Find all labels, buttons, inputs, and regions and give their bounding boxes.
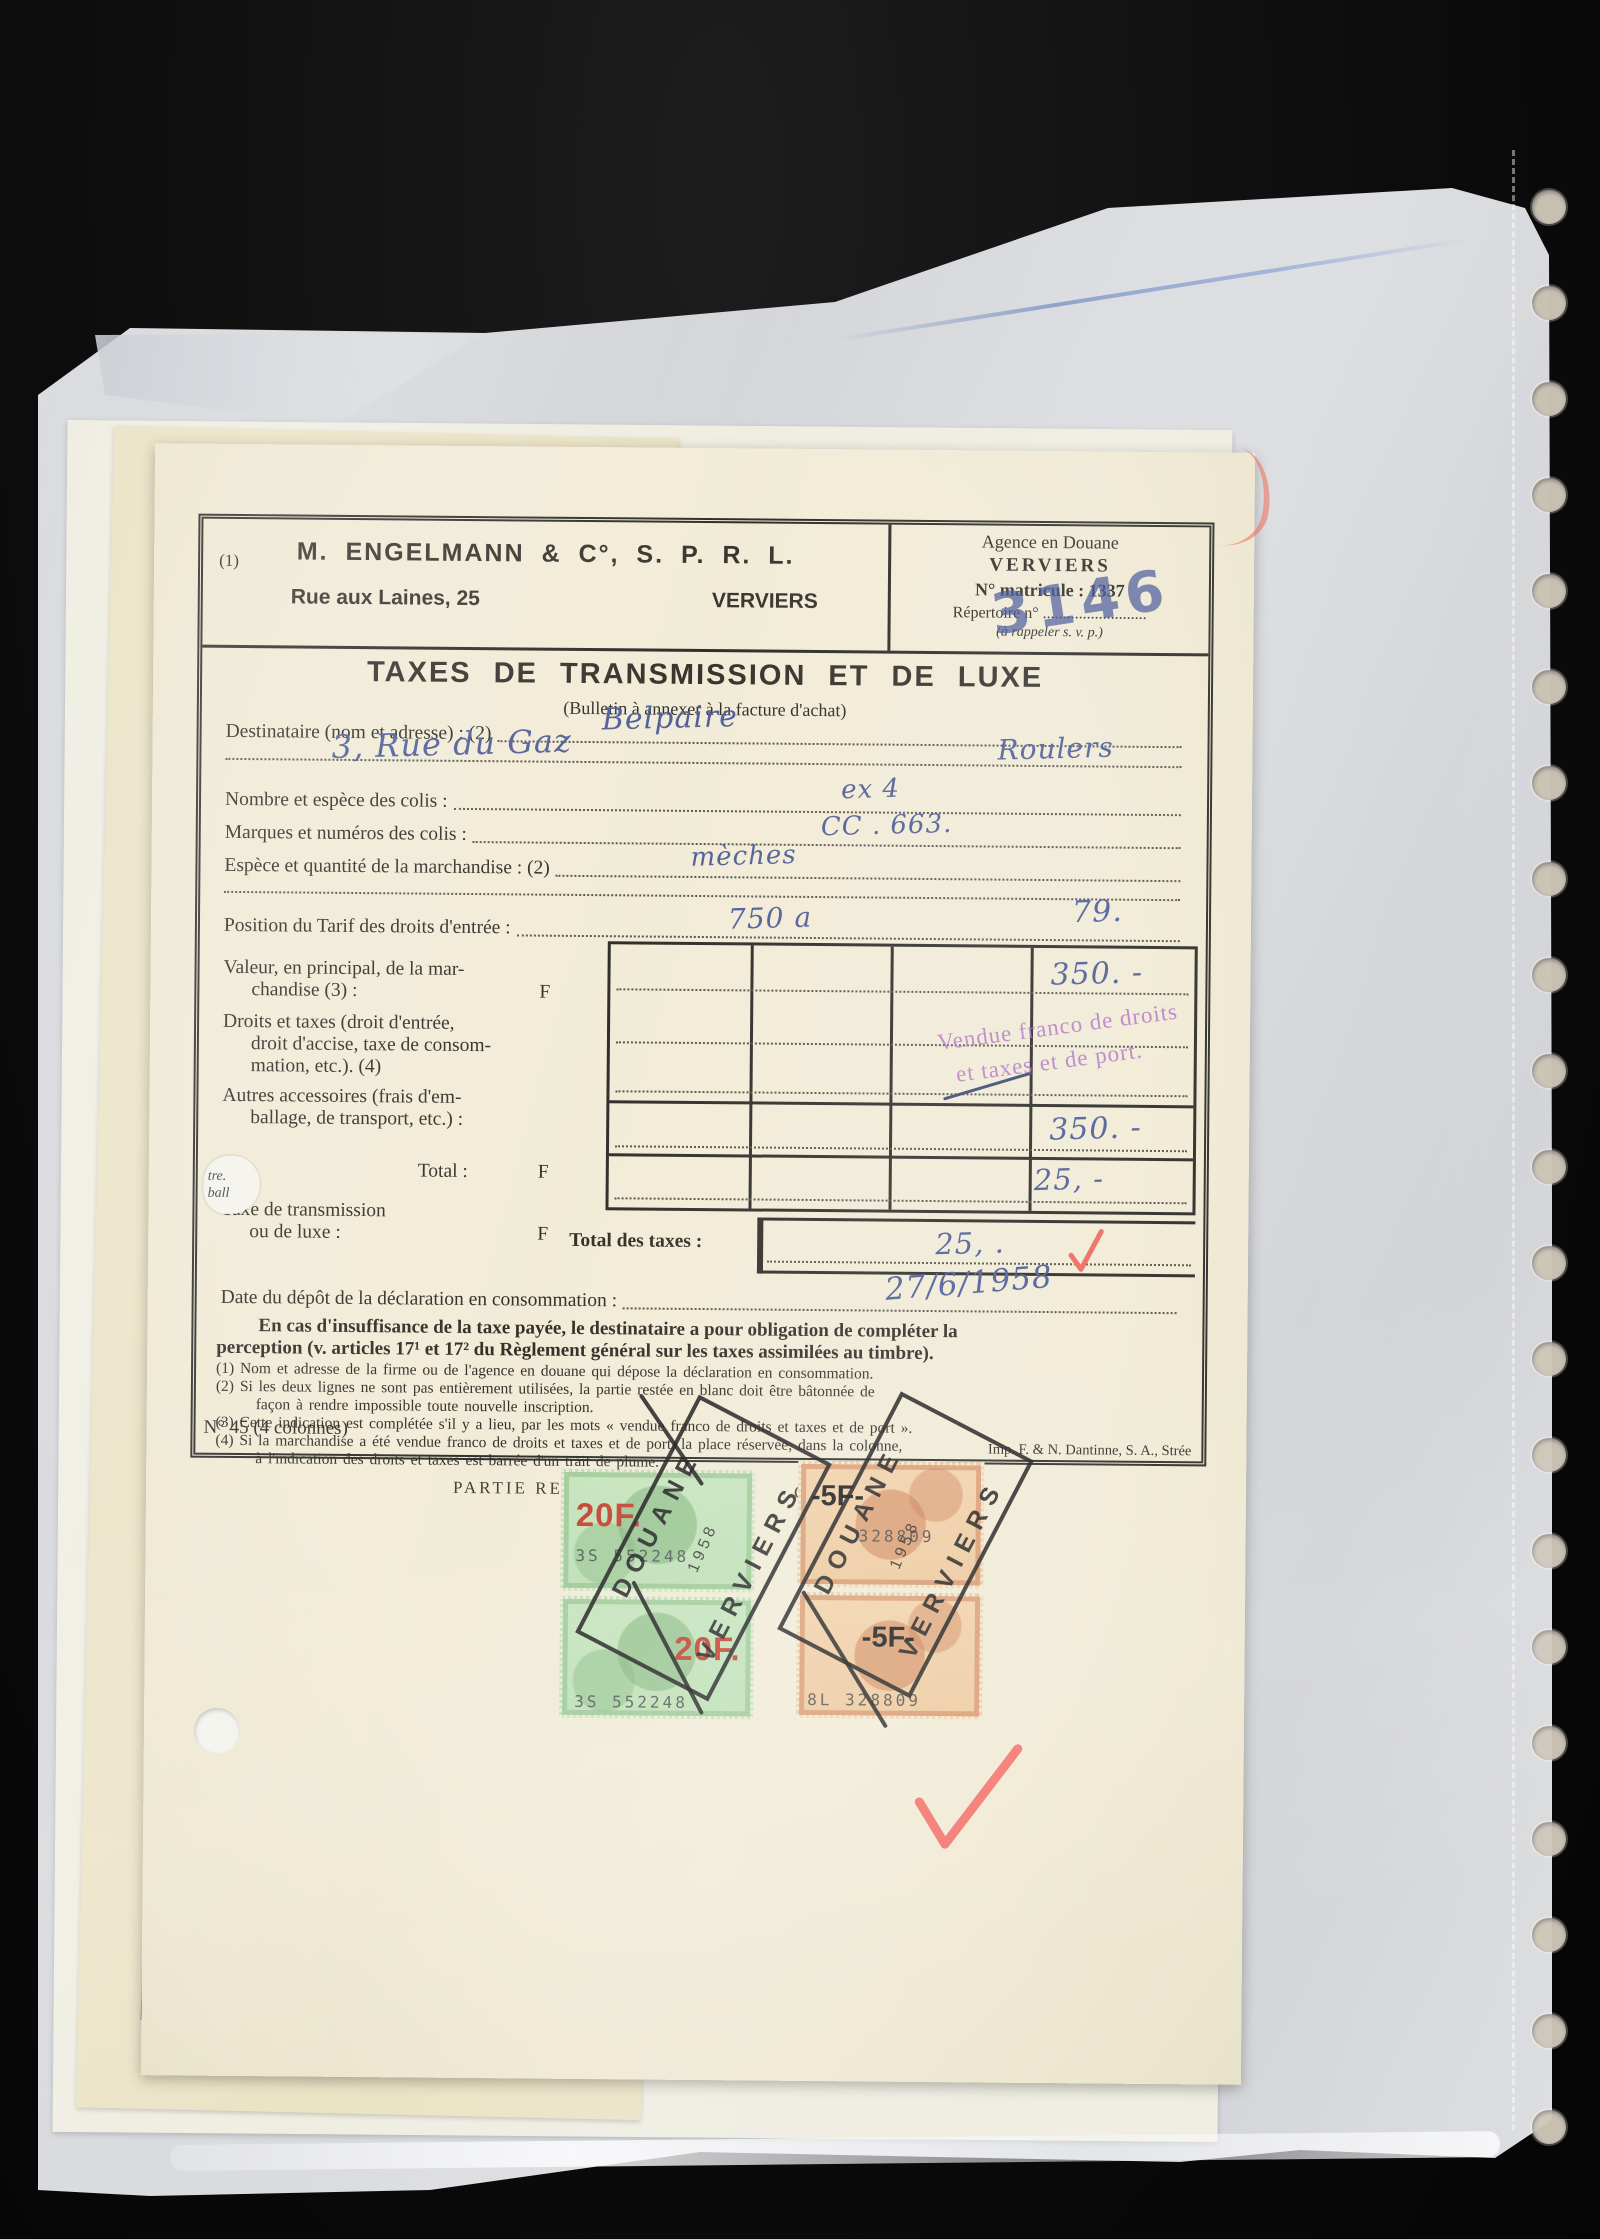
binder-punch-hole	[1532, 2014, 1566, 2048]
table-divider	[748, 945, 753, 1208]
form-border-box: (1) M. ENGELMANN & C°, S. P. R. L. Rue a…	[190, 514, 1214, 1467]
binder-punch-hole	[1532, 1534, 1566, 1568]
binder-punch-hole	[1532, 478, 1566, 512]
table-rule	[609, 1153, 1193, 1161]
label-total: Total :	[418, 1161, 468, 1183]
company-city: VERVIERS	[712, 589, 818, 614]
label-autres-l2: ballage, de transport, etc.) :	[250, 1107, 463, 1131]
binder-punch-hole	[1532, 382, 1566, 416]
binder-punch-hole	[1532, 1822, 1566, 1856]
binder-punch-hole	[1532, 766, 1566, 800]
binder-punch-hole	[1532, 1726, 1566, 1760]
spacer-dotted-line	[224, 890, 1182, 904]
punch-hole	[194, 1708, 240, 1754]
hw-tarif-right: 79.	[1072, 894, 1124, 930]
field-tarif: Position du Tarif des droits d'entrée :	[224, 915, 1182, 945]
field-colis-marques-label: Marques et numéros des colis :	[225, 822, 467, 846]
binder-punch-hole	[1532, 1150, 1566, 1184]
label-taxe-F: F	[537, 1224, 548, 1246]
stamp-serial: 3S 552248	[574, 1692, 688, 1712]
binder-punch-hole	[1532, 862, 1566, 896]
red-checkmark-large	[905, 1738, 1036, 1859]
torn-text-line2: ball	[208, 1185, 260, 1202]
field-date-label: Date du dépôt de la déclaration en conso…	[221, 1287, 618, 1312]
partie-reservee-fragment: PARTIE RE	[453, 1478, 563, 1499]
label-valeur-l1: Valeur, en principal, de la mar-	[223, 957, 464, 981]
binder-punch-hole	[1532, 2110, 1566, 2144]
hw-colis-nombre: ex 4	[841, 774, 901, 806]
table-divider	[888, 947, 893, 1210]
dotted-leader	[224, 890, 1180, 901]
field-colis-nombre-label: Nombre et espèce des colis :	[225, 789, 448, 813]
binder-punch-hole	[1532, 670, 1566, 704]
hw-destinataire-city: Roulers	[997, 731, 1114, 767]
torn-text-line1: tre.	[208, 1168, 260, 1185]
label-droits-l2: droit d'accise, taxe de consom-	[251, 1033, 491, 1057]
dotted-leader	[454, 807, 1181, 816]
hw-taxe-amount: 25, -	[1033, 1161, 1104, 1197]
form-title: TAXES DE TRANSMISSION ET DE LUXE	[202, 655, 1208, 697]
hw-tarif-position: 750 a	[728, 901, 813, 936]
agency-line: Agence en Douane	[891, 531, 1209, 555]
binder-punch-hole	[1532, 1630, 1566, 1664]
field-marchandise-label: Espèce et quantité de la marchandise : (…	[224, 855, 550, 880]
hw-marchandise: mèches	[690, 840, 797, 873]
binder-punch-hole	[1532, 1918, 1566, 1952]
table-dotted-line	[615, 1196, 1187, 1204]
customs-form-document: (1) M. ENGELMANN & C°, S. P. R. L. Rue a…	[141, 443, 1255, 2085]
hw-valeur-amount: 350. -	[1050, 955, 1143, 992]
label-droits-l3: mation, etc.). (4)	[251, 1055, 382, 1078]
hw-colis-marques: CC . 663.	[820, 809, 952, 842]
postmark-date: 1958	[685, 1521, 722, 1575]
sleeve-stitch-seam	[1512, 150, 1518, 2130]
company-header-cell: (1) M. ENGELMANN & C°, S. P. R. L. Rue a…	[202, 519, 888, 651]
binder-punch-hole	[1532, 1438, 1566, 1472]
form-header: (1) M. ENGELMANN & C°, S. P. R. L. Rue a…	[202, 519, 1209, 657]
form-number: N° 45 (4 colonnes)	[203, 1417, 347, 1440]
hw-destinataire-address: 3, Rue du Gaz	[331, 722, 572, 766]
field-colis-nombre: Nombre et espèce des colis :	[225, 789, 1183, 819]
table-rule	[609, 1100, 1193, 1108]
label-total-taxes: Total des taxes :	[569, 1230, 702, 1253]
binder-punch-hole	[1532, 1054, 1566, 1088]
hw-total-taxes: 25, .	[935, 1225, 1005, 1261]
table-dotted-line	[615, 1089, 1187, 1097]
postmark-date: 1958	[887, 1518, 924, 1572]
label-autres-l1: Autres accessoires (frais d'em-	[222, 1085, 461, 1109]
red-checkmark-small	[1063, 1225, 1107, 1277]
label-valeur-l2: chandise (3) :	[251, 979, 357, 1002]
label-taxe-l2: ou de luxe :	[249, 1221, 341, 1244]
binder-punch-hole	[1532, 190, 1566, 224]
binder-punch-hole	[1532, 574, 1566, 608]
field-tarif-label: Position du Tarif des droits d'entrée :	[224, 915, 511, 940]
binder-punch-hole	[1532, 958, 1566, 992]
company-address-row: Rue aux Laines, 25 VERVIERS	[203, 585, 888, 615]
label-droits-l1: Droits et taxes (droit d'entrée,	[223, 1011, 455, 1035]
customs-agency-cell: Agence en Douane VERVIERS N° matricule :…	[887, 525, 1209, 654]
company-name: M. ENGELMANN & C°, S. P. R. L.	[203, 537, 888, 572]
dotted-leader	[623, 1306, 1177, 1314]
hw-destinataire: Belpaire	[601, 699, 738, 738]
binder-punch-hole	[1532, 286, 1566, 320]
label-total-F: F	[538, 1162, 549, 1184]
company-street: Rue aux Laines, 25	[291, 585, 480, 611]
label-valeur-F: F	[539, 982, 550, 1004]
dotted-leader	[556, 874, 1181, 882]
hw-total-amount: 350. -	[1049, 1110, 1142, 1147]
amounts-table: 350. - 350. - 25, -	[605, 941, 1197, 1215]
binder-punch-hole	[1532, 1342, 1566, 1376]
binder-punch-hole	[1532, 1246, 1566, 1280]
